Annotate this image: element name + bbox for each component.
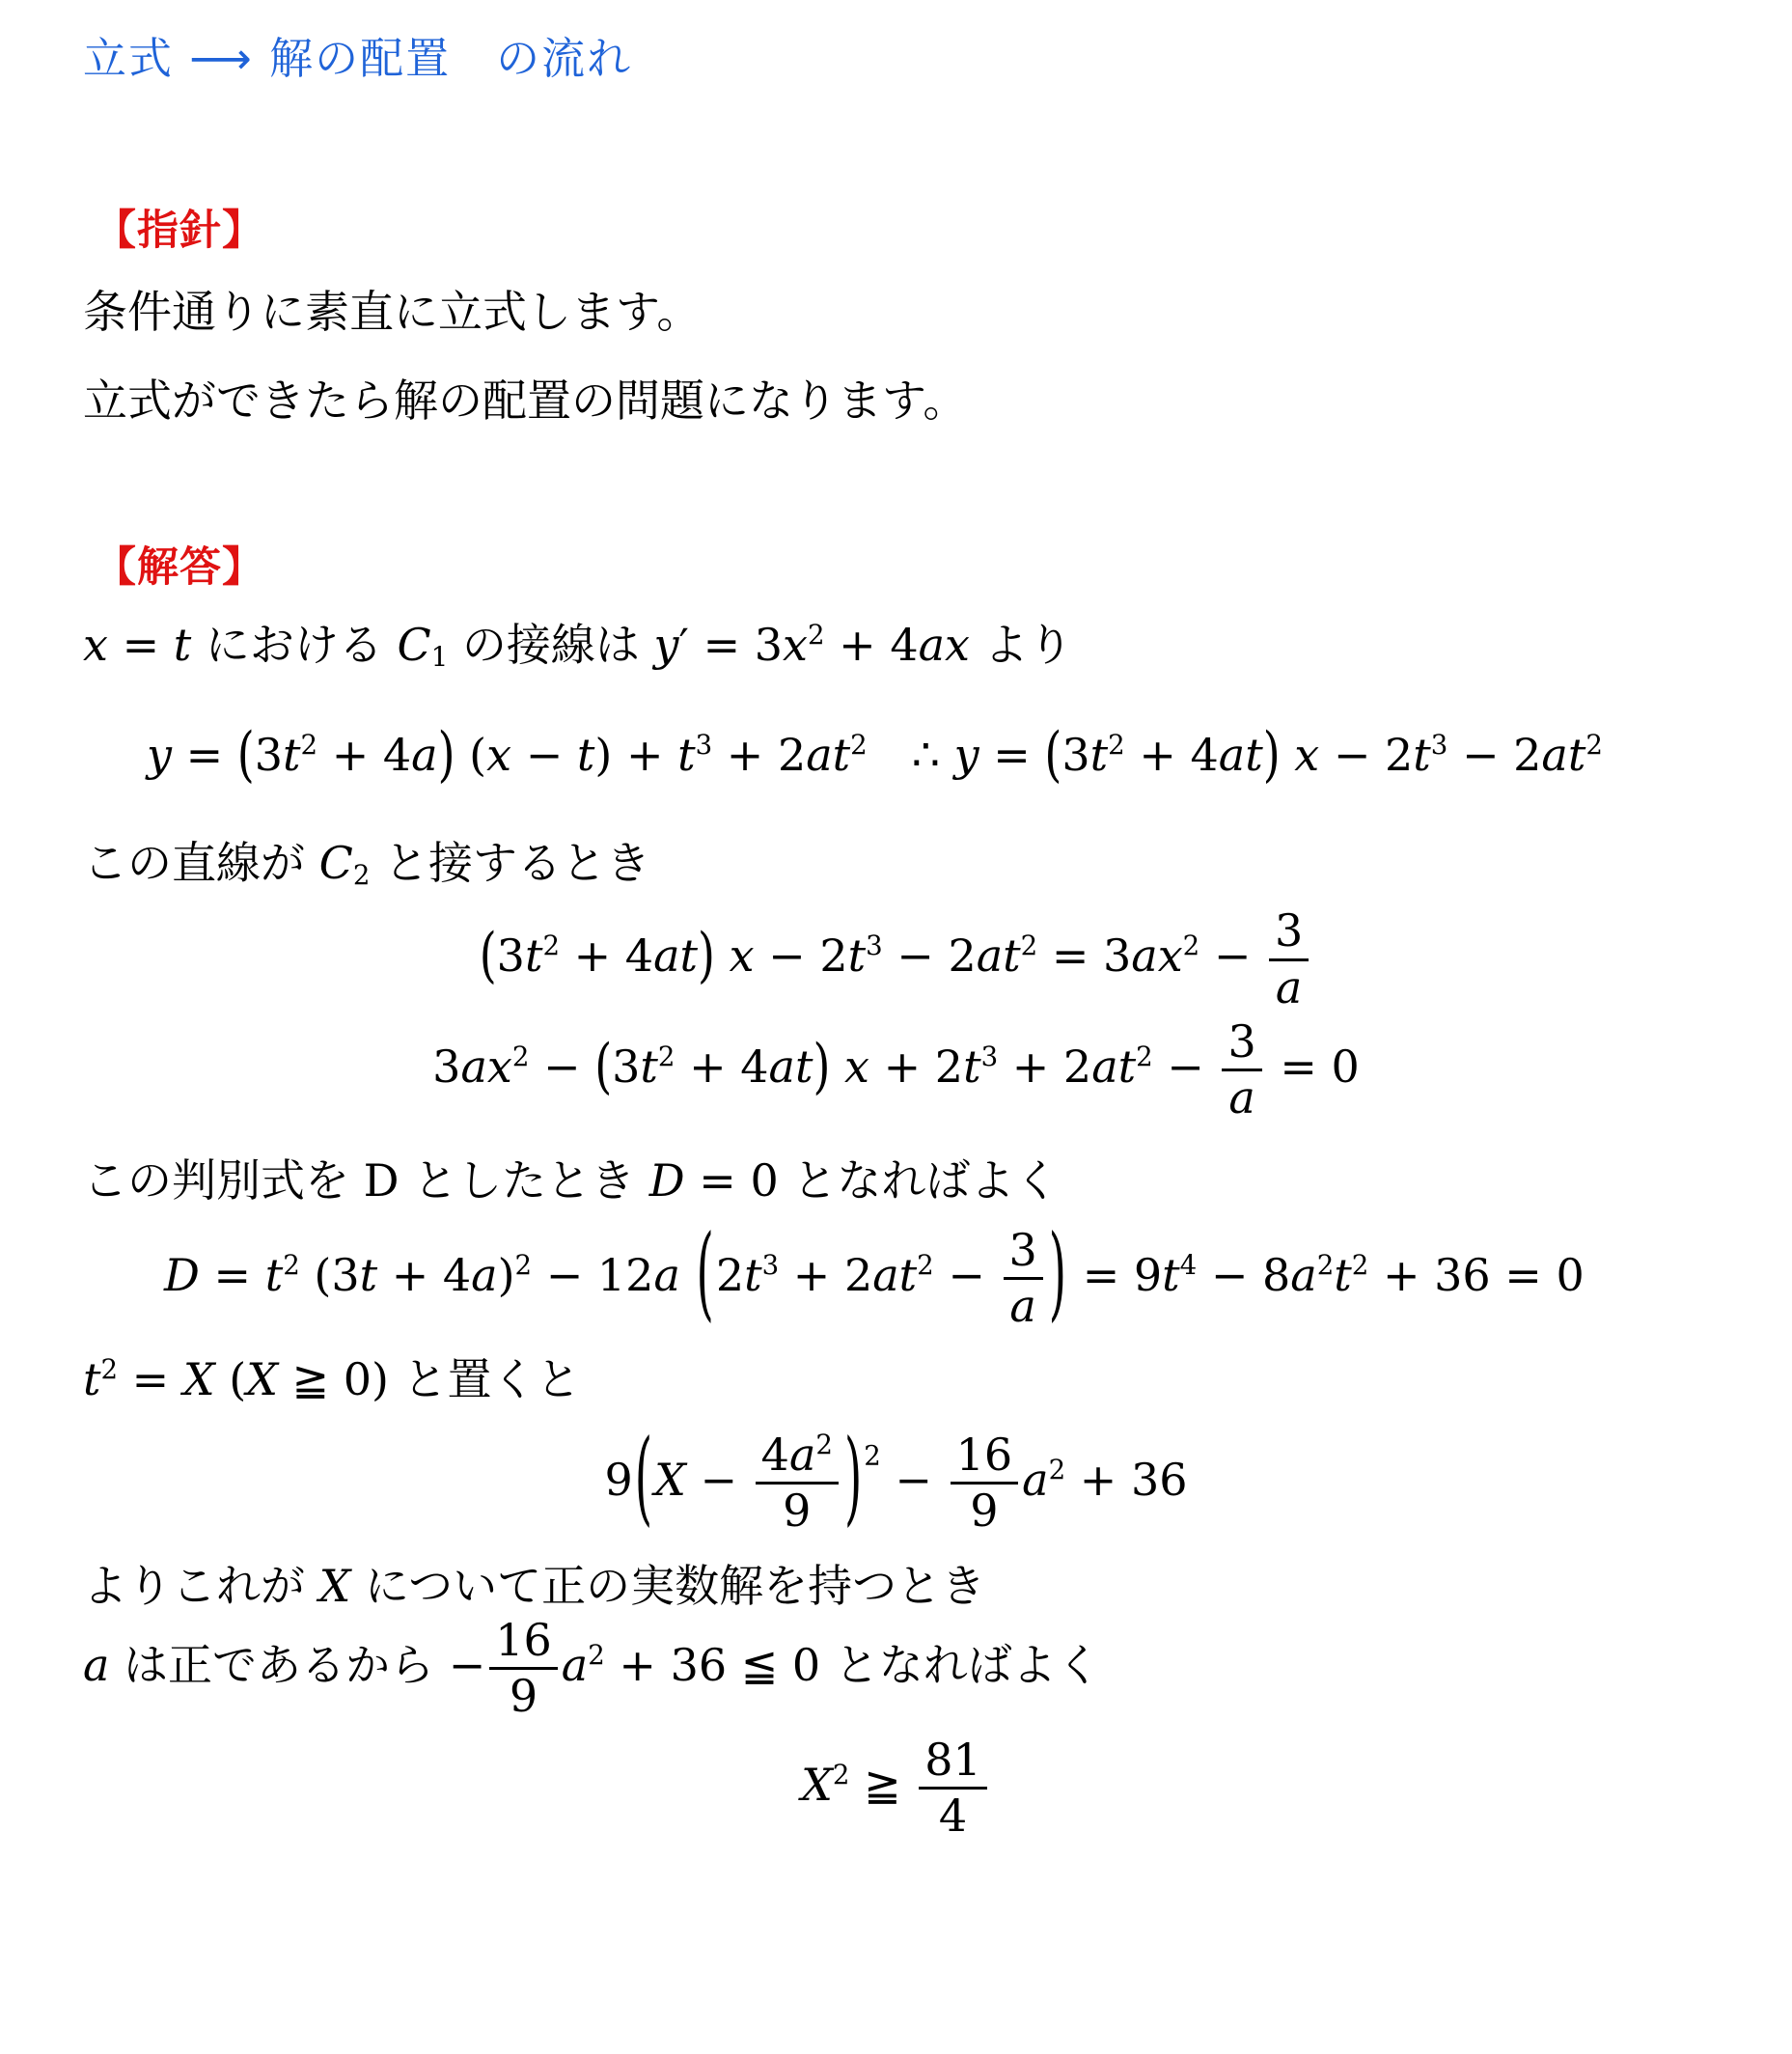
positive-real-statement: よりこれが X について正の実数解を持つとき xyxy=(83,1556,1792,1616)
guideline-line-2: 立式ができたら解の配置の問題になります。 xyxy=(83,371,1792,430)
final-inequality: X2 ≧ 814 xyxy=(0,1735,1792,1842)
tangent-statement: x = t における C1 の接線は y′ = 3x2 + 4ax より xyxy=(83,615,1792,675)
page-title: 立式 ⟶ 解の配置 の流れ xyxy=(83,23,1792,86)
tangent-equation: y = (3t2 + 4a) (x − t) + t3 + 2at2 ∴ y =… xyxy=(147,725,1792,785)
answer-heading: 【解答】 xyxy=(95,535,1792,594)
a-positive-statement: a は正であるから −169a2 + 36 ≦ 0 となればよく xyxy=(83,1616,1792,1722)
completed-square-expression: 9(X − 4a29)2 − 169a2 + 36 xyxy=(0,1430,1792,1537)
quadratic-equation: 3ax2 − (3t2 + 4at) x + 2t3 + 2at2 − 3a =… xyxy=(0,1017,1792,1124)
substitution-statement: t2 = X (X ≧ 0) と置くと xyxy=(83,1349,1792,1409)
math-note-page: 立式 ⟶ 解の配置 の流れ 【指針】 条件通りに素直に立式します。 立式ができた… xyxy=(0,0,1792,1880)
guideline-line-1: 条件通りに素直に立式します。 xyxy=(83,282,1792,342)
discriminant-statement: この判別式を D としたとき D = 0 となればよく xyxy=(83,1151,1792,1210)
touch-c2-statement: この直線が C2 と接するとき xyxy=(83,833,1792,893)
equate-equation: (3t2 + 4at) x − 2t3 − 2at2 = 3ax2 − 3a xyxy=(0,906,1792,1013)
discriminant-equation: D = t2 (3t + 4a)2 − 12a (2t3 + 2at2 − 3a… xyxy=(164,1226,1792,1332)
guideline-heading: 【指針】 xyxy=(95,198,1792,257)
